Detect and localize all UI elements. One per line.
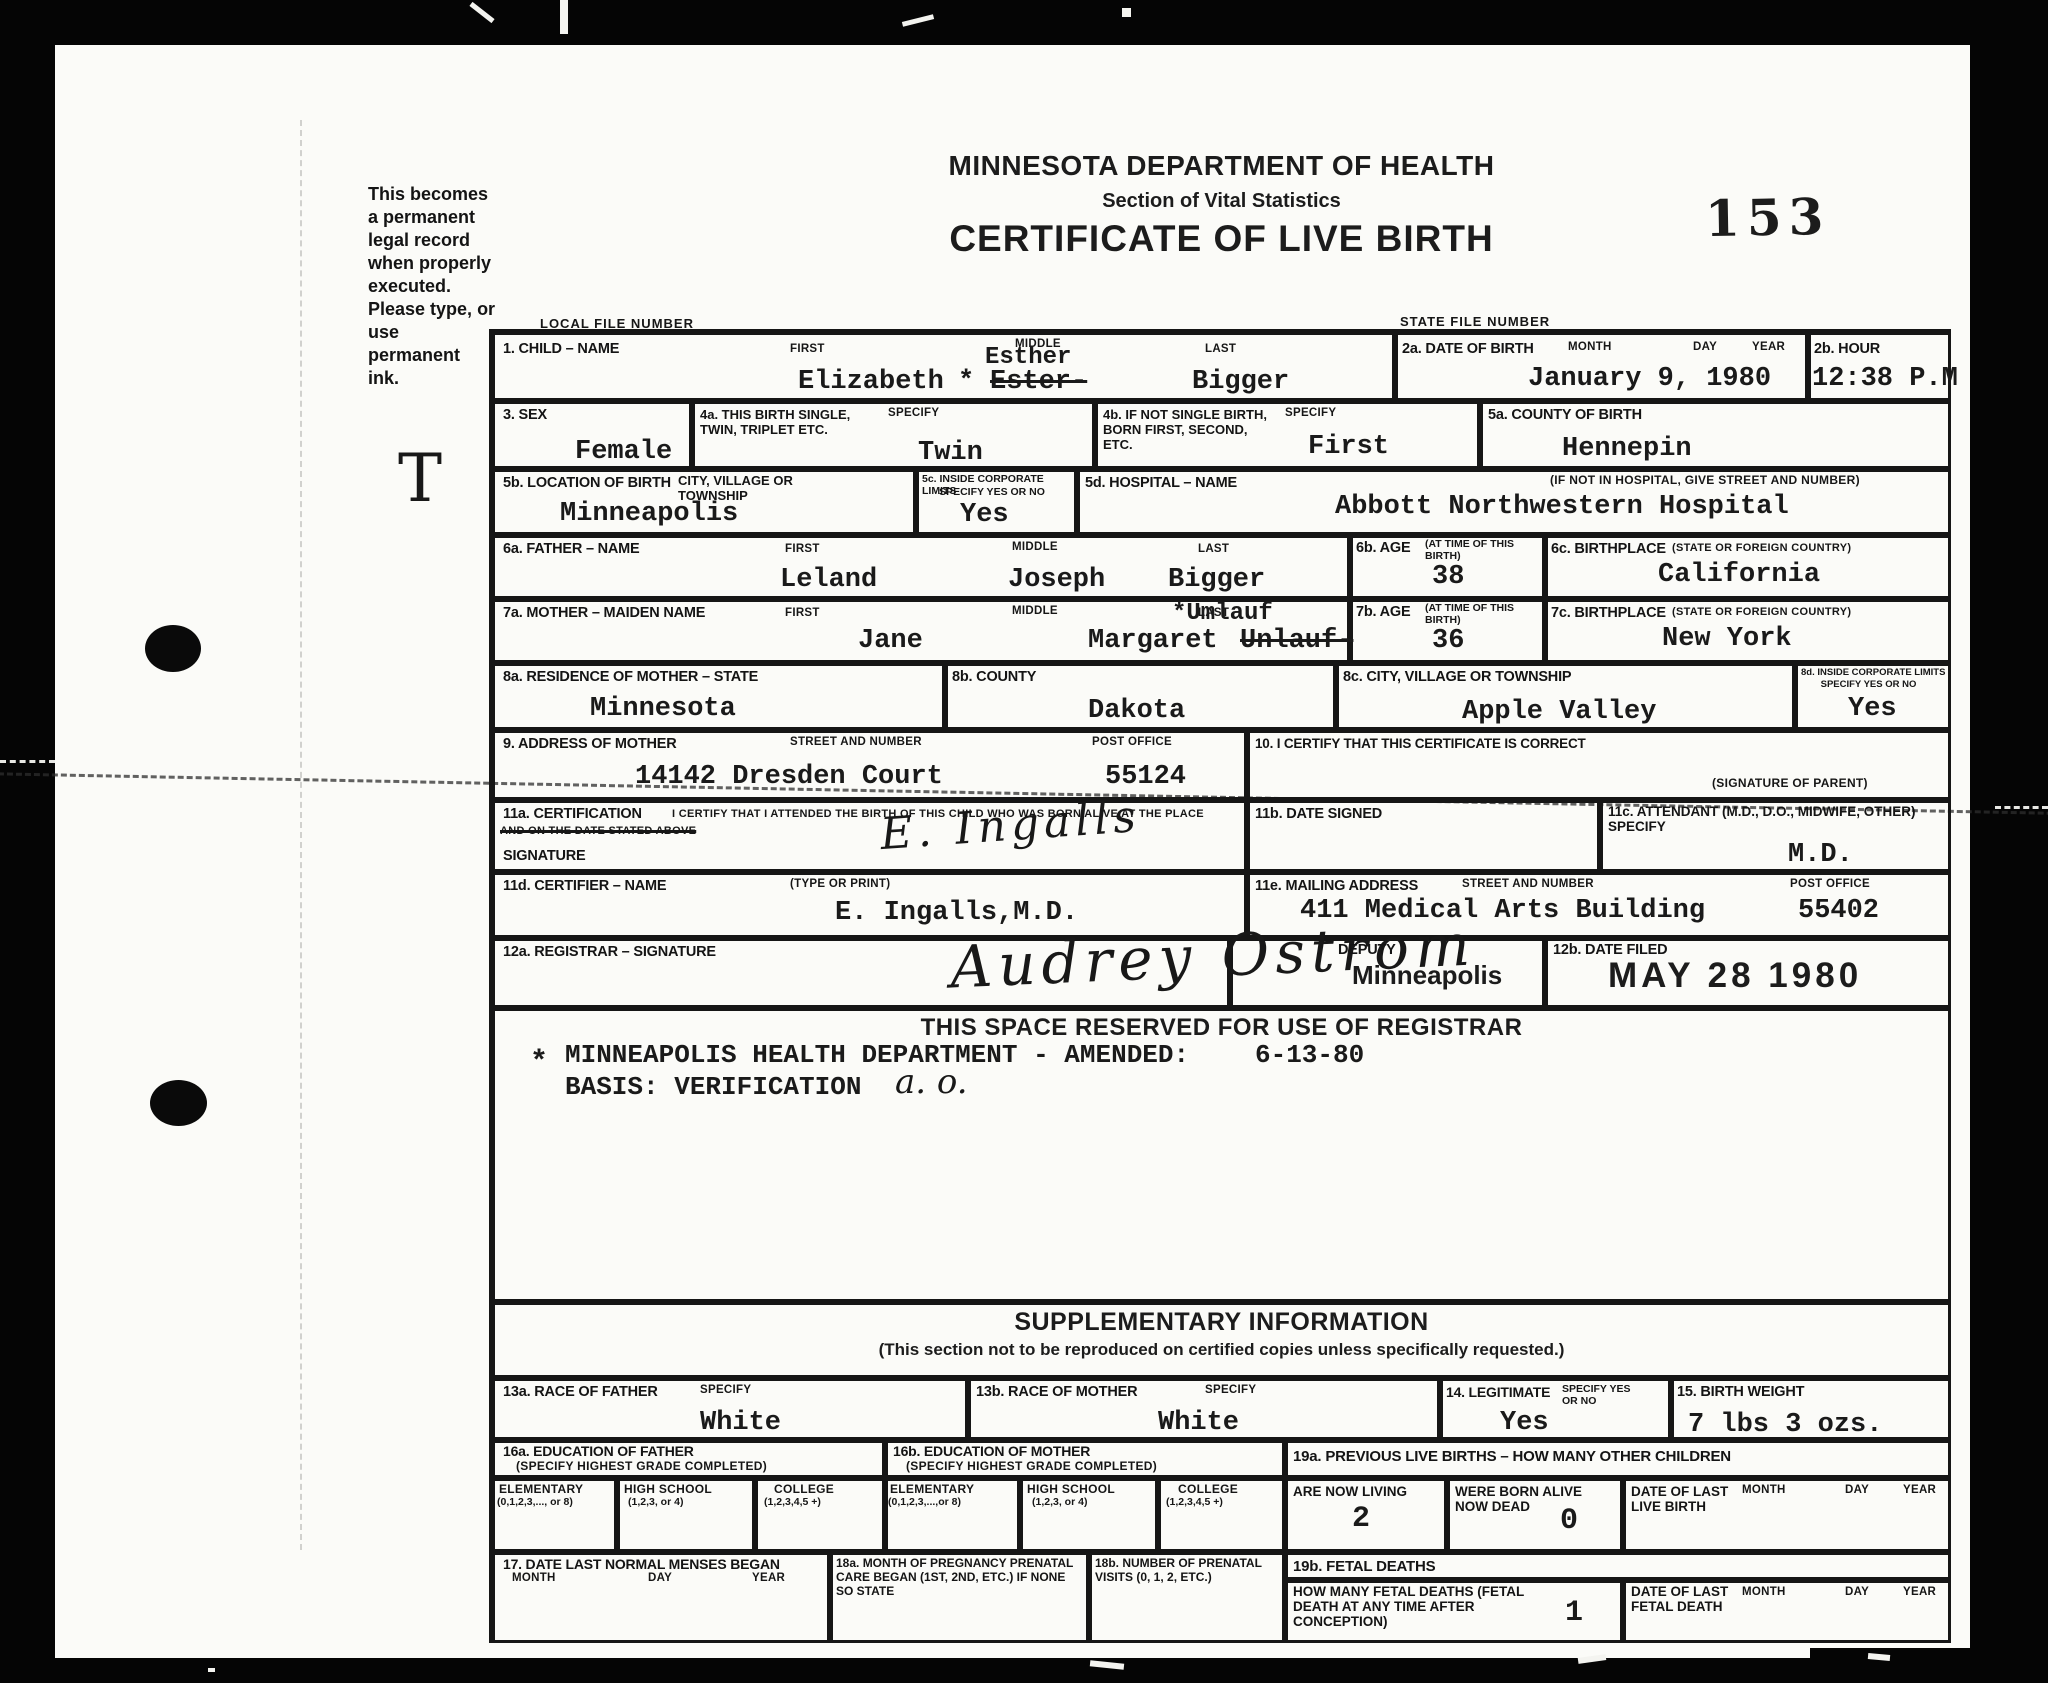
location-of-birth-value: Minneapolis [560, 499, 738, 529]
county-of-birth-label: 5a. COUNTY OF BIRTH [1488, 407, 1642, 423]
parent-certify-label: 10. I CERTIFY THAT THIS CERTIFICATE IS C… [1255, 736, 1586, 751]
now-living-value: 2 [1352, 1502, 1370, 1536]
certification-signature-label: SIGNATURE [503, 848, 586, 864]
race-father-label: 13a. RACE OF FATHER [503, 1384, 658, 1400]
fetal-day-label: DAY [1845, 1586, 1869, 1598]
certifier-sublabel: (TYPE OR PRINT) [790, 878, 890, 890]
amended-asterisk: * [530, 1046, 548, 1080]
father-age-label: 6b. AGE [1356, 540, 1410, 556]
race-mother-value: White [1158, 1408, 1239, 1438]
fetal-how-many-label: HOW MANY FETAL DEATHS (FETAL DEATH AT AN… [1293, 1584, 1553, 1629]
mother-middle-value: Margaret [1088, 626, 1218, 656]
certification-text-struck: AND ON THE DATE STATED ABOVE [500, 825, 696, 837]
residence-county-value: Dakota [1088, 696, 1185, 726]
dob-year-label: YEAR [1752, 341, 1785, 353]
edu-father-elementary-range: (0,1,2,3,..., or 8) [497, 1496, 617, 1508]
race-mother-specify: SPECIFY [1205, 1384, 1256, 1396]
residence-county-label: 8b. COUNTY [952, 669, 1036, 685]
child-first-value: Elizabeth [798, 367, 944, 397]
mother-age-value: 36 [1432, 626, 1464, 656]
fetal-month-label: MONTH [1742, 1586, 1786, 1598]
race-father-value: White [700, 1408, 781, 1438]
fold-crease-margin [0, 760, 55, 763]
certifier-value: E. Ingalls,M.D. [835, 898, 1078, 928]
child-last-label: LAST [1205, 343, 1236, 355]
birth-weight-label: 15. BIRTH WEIGHT [1677, 1384, 1804, 1400]
attendant-value: M.D. [1788, 840, 1853, 870]
mother-birthplace-label: 7c. BIRTHPLACE [1551, 605, 1666, 621]
father-last-label: LAST [1198, 543, 1229, 555]
residence-state-label: 8a. RESIDENCE OF MOTHER – STATE [503, 669, 758, 685]
sex-label: 3. SEX [503, 407, 547, 423]
corporate-limits-value: Yes [960, 500, 1009, 530]
mailing-po-label: POST OFFICE [1790, 878, 1870, 890]
amended-line: MINNEAPOLIS HEALTH DEPARTMENT - AMENDED: [565, 1040, 1189, 1070]
father-birthplace-label: 6c. BIRTHPLACE [1551, 541, 1666, 557]
punch-hole [150, 1080, 207, 1126]
scan-artifact [560, 0, 568, 34]
residence-corp-label: 8d. INSIDE CORPORATE LIMITS [1801, 667, 1946, 679]
edu-mother-elementary-range: (0,1,2,3,...,or 8) [888, 1496, 1013, 1508]
edu-father-label: 16a. EDUCATION OF FATHER [503, 1443, 694, 1459]
edu-father-college-range: (1,2,3,4,5 +) [764, 1496, 884, 1508]
registrar-initials: a. o. [895, 1062, 968, 1102]
parent-signature-label: (SIGNATURE OF PARENT) [1712, 776, 1868, 790]
residence-city-value: Apple Valley [1462, 697, 1656, 727]
dob-value: January 9, 1980 [1528, 364, 1771, 394]
sex-value: Female [575, 437, 672, 467]
header-department: MINNESOTA DEPARTMENT OF HEALTH [495, 150, 1948, 182]
mother-age-label: 7b. AGE [1356, 604, 1410, 620]
father-name-label: 6a. FATHER – NAME [503, 541, 640, 557]
address-street-value: 14142 Dresden Court [635, 762, 943, 792]
previous-births-label: 19a. PREVIOUS LIVE BIRTHS – HOW MANY OTH… [1293, 1448, 1731, 1465]
father-middle-label: MIDDLE [1012, 541, 1058, 553]
mother-address-label: 9. ADDRESS OF MOTHER [503, 736, 677, 752]
residence-city-label: 8c. CITY, VILLAGE OR TOWNSHIP [1343, 669, 1571, 685]
mother-first-label: FIRST [785, 607, 820, 619]
residence-corp-value: Yes [1848, 694, 1897, 724]
corporate-limits-sublabel: SPECIFY YES OR NO [922, 486, 1062, 498]
attendant-label: 11c. ATTENDANT (M.D., D.O., MIDWIFE, OTH… [1608, 804, 1943, 834]
mailing-label: 11e. MAILING ADDRESS [1255, 878, 1418, 894]
date-last-fetal-death-label: DATE OF LAST FETAL DEATH [1631, 1584, 1731, 1614]
margin-note: This becomes a permanent legal record wh… [368, 183, 496, 390]
location-of-birth-label: 5b. LOCATION OF BIRTH [503, 475, 671, 491]
hospital-label: 5d. HOSPITAL – NAME [1085, 475, 1237, 491]
handwritten-mark: T [398, 440, 442, 517]
child-first-label: FIRST [790, 343, 825, 355]
prenatal-care-label: 18a. MONTH OF PREGNANCY PRENATAL CARE BE… [836, 1556, 1084, 1598]
this-birth-label: 4a. THIS BIRTH SINGLE, TWIN, TRIPLET ETC… [700, 407, 860, 437]
scan-artifact [1090, 1660, 1124, 1670]
mother-age-paren: (AT TIME OF THIS BIRTH) [1425, 602, 1520, 626]
scan-artifact [208, 1668, 215, 1672]
certifier-label: 11d. CERTIFIER – NAME [503, 878, 666, 894]
edu-father-highschool-range: (1,2,3, or 4) [628, 1496, 748, 1508]
father-age-paren: (AT TIME OF THIS BIRTH) [1425, 538, 1520, 562]
edu-mother-college-range: (1,2,3,4,5 +) [1166, 1496, 1286, 1508]
edu-mother-elementary: ELEMENTARY [890, 1482, 974, 1496]
father-middle-value: Joseph [1008, 565, 1105, 595]
scan-artifact [1122, 8, 1131, 17]
mother-last-struck: Unlauf- [1240, 626, 1353, 656]
father-first-label: FIRST [785, 543, 820, 555]
edu-mother-label: 16b. EDUCATION OF MOTHER [893, 1443, 1090, 1459]
prenatal-visits-label: 18b. NUMBER OF PRENATAL VISITS (0, 1, 2,… [1095, 1556, 1280, 1584]
edu-father-elementary: ELEMENTARY [499, 1482, 583, 1496]
born-alive-dead-label: WERE BORN ALIVE NOW DEAD [1455, 1484, 1605, 1514]
menses-month-label: MONTH [512, 1572, 556, 1584]
father-first-value: Leland [780, 565, 877, 595]
mother-first-value: Jane [858, 626, 923, 656]
mother-birthplace-paren: (STATE OR FOREIGN COUNTRY) [1672, 606, 1851, 618]
address-street-label: STREET AND NUMBER [790, 736, 922, 748]
address-po-value: 55124 [1105, 762, 1186, 792]
if-not-single-value: First [1308, 432, 1389, 462]
dob-month-label: MONTH [1568, 341, 1612, 353]
fetal-year-label: YEAR [1903, 1586, 1936, 1598]
basis-line: BASIS: VERIFICATION [565, 1072, 861, 1102]
residence-corp-sublabel: SPECIFY YES OR NO [1801, 679, 1936, 691]
father-birthplace-value: California [1658, 560, 1820, 590]
mother-name-label: 7a. MOTHER – MAIDEN NAME [503, 605, 705, 621]
state-file-number-label: STATE FILE NUMBER [1400, 314, 1550, 329]
registrar-space-title: THIS SPACE RESERVED FOR USE OF REGISTRAR [495, 1014, 1948, 1042]
father-birthplace-paren: (STATE OR FOREIGN COUNTRY) [1672, 542, 1851, 554]
registrar-label: 12a. REGISTRAR – SIGNATURE [503, 944, 716, 960]
fold-crease-margin [1995, 806, 2048, 809]
legitimate-value: Yes [1500, 1408, 1549, 1438]
last-birth-day-label: DAY [1845, 1484, 1869, 1496]
county-of-birth-value: Hennepin [1562, 434, 1692, 464]
race-mother-label: 13b. RACE OF MOTHER [976, 1384, 1137, 1400]
if-not-single-specify-label: SPECIFY [1285, 407, 1336, 419]
hospital-value: Abbott Northwestern Hospital [1335, 492, 1789, 522]
date-filed-stamp: MAY 28 1980 [1608, 956, 1862, 996]
menses-day-label: DAY [648, 1572, 672, 1584]
edu-father-highschool: HIGH SCHOOL [624, 1482, 712, 1496]
date-last-live-birth-label: DATE OF LAST LIVE BIRTH [1631, 1484, 1731, 1514]
file-stamp-number: 153 [1704, 187, 1830, 248]
address-po-label: POST OFFICE [1092, 736, 1172, 748]
last-birth-year-label: YEAR [1903, 1484, 1936, 1496]
edu-father-college: COLLEGE [774, 1482, 834, 1496]
date-signed-label: 11b. DATE SIGNED [1255, 806, 1382, 822]
local-file-number-label: LOCAL FILE NUMBER [540, 316, 694, 331]
born-alive-dead-value: 0 [1560, 1504, 1578, 1538]
mailing-street-label: STREET AND NUMBER [1462, 878, 1594, 890]
scan-corner-patch [1810, 1648, 2048, 1683]
punch-hole [145, 625, 201, 672]
last-birth-month-label: MONTH [1742, 1484, 1786, 1496]
father-age-value: 38 [1432, 562, 1464, 592]
residence-state-value: Minnesota [590, 694, 736, 724]
if-not-single-label: 4b. IF NOT SINGLE BIRTH, BORN FIRST, SEC… [1103, 407, 1278, 452]
scan-artifact [902, 14, 934, 27]
hour-value: 12:38 P.M [1812, 364, 1958, 394]
hour-label: 2b. HOUR [1814, 341, 1880, 357]
child-asterisk: * [958, 367, 974, 397]
deputy-label: DEPUTY [1338, 942, 1396, 958]
race-father-specify: SPECIFY [700, 1384, 751, 1396]
supplementary-title: SUPPLEMENTARY INFORMATION [495, 1308, 1948, 1337]
father-last-value: Bigger [1168, 565, 1265, 595]
scan-right-band [1970, 0, 2048, 1683]
mother-birthplace-value: New York [1662, 624, 1792, 654]
child-name-label: 1. CHILD – NAME [503, 341, 619, 357]
edu-mother-college: COLLEGE [1178, 1482, 1238, 1496]
supplementary-note: (This section not to be reproduced on ce… [495, 1340, 1948, 1360]
fetal-how-many-value: 1 [1565, 1596, 1583, 1630]
edu-mother-highschool-range: (1,2,3, or 4) [1032, 1496, 1152, 1508]
edu-father-sublabel: (SPECIFY HIGHEST GRADE COMPLETED) [516, 1459, 767, 1473]
hospital-note: (IF NOT IN HOSPITAL, GIVE STREET AND NUM… [1550, 473, 1860, 487]
child-middle-struck: Ester- [990, 367, 1087, 397]
birth-weight-value: 7 lbs 3 ozs. [1688, 1410, 1882, 1440]
child-last-value: Bigger [1192, 367, 1289, 397]
this-birth-specify-label: SPECIFY [888, 407, 939, 419]
mother-middle-label: MIDDLE [1012, 605, 1058, 617]
edu-mother-highschool: HIGH SCHOOL [1027, 1482, 1115, 1496]
dob-day-label: DAY [1693, 341, 1717, 353]
legitimate-label: 14. LEGITIMATE [1446, 1384, 1550, 1400]
vertical-crease [300, 120, 302, 1550]
legitimate-sublabel: SPECIFY YES OR NO [1562, 1383, 1642, 1407]
this-birth-value: Twin [918, 438, 983, 468]
deputy-value: Minneapolis [1352, 960, 1502, 991]
mother-last-corrected: *Umlauf [1172, 600, 1273, 627]
dob-label: 2a. DATE OF BIRTH [1402, 341, 1534, 357]
now-living-label: ARE NOW LIVING [1293, 1484, 1443, 1499]
scan-artifact [469, 2, 494, 23]
menses-label: 17. DATE LAST NORMAL MENSES BEGAN [503, 1556, 780, 1572]
certification-label: 11a. CERTIFICATION [503, 806, 642, 822]
menses-year-label: YEAR [752, 1572, 785, 1584]
amended-date: 6-13-80 [1255, 1040, 1364, 1070]
edu-mother-sublabel: (SPECIFY HIGHEST GRADE COMPLETED) [906, 1459, 1157, 1473]
fetal-deaths-label: 19b. FETAL DEATHS [1293, 1558, 1435, 1575]
mailing-po-value: 55402 [1798, 896, 1879, 926]
scanned-birth-certificate: MINNESOTA DEPARTMENT OF HEALTH Section o… [0, 0, 2048, 1683]
